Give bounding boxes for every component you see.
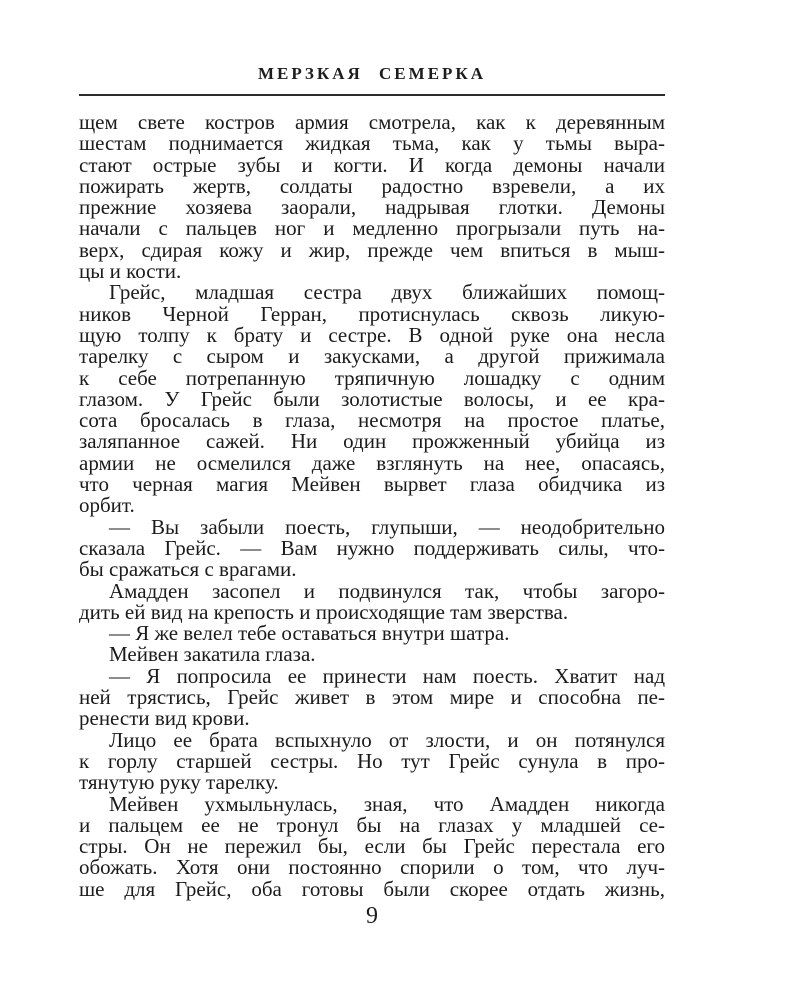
text-line: — Вы забыли поесть, глупыши, — неодобрит… — [79, 517, 665, 538]
text-line: глазом. У Грейс были золотистые волосы, … — [79, 389, 665, 410]
text-line: орбит. — [79, 495, 665, 516]
paragraph: — Вы забыли поесть, глупыши, — неодобрит… — [79, 517, 665, 581]
paragraph: Амадден засопел и подвинулся так, чтобы … — [79, 581, 665, 624]
text-line: стают острые зубы и когти. И когда демон… — [79, 155, 665, 176]
paragraph: Грейс, младшая сестра двух ближайших пом… — [79, 282, 665, 516]
text-line: что черная магия Мейвен вырвет глаза оби… — [79, 474, 665, 495]
text-line: к горлу старшей сестры. Но тут Грейс сун… — [79, 751, 665, 772]
text-line: Грейс, младшая сестра двух ближайших пом… — [79, 282, 665, 303]
paragraph: — Я попросила ее принести нам поесть. Хв… — [79, 666, 665, 730]
text-line: щую толпу к брату и сестре. В одной руке… — [79, 325, 665, 346]
book-page: МЕРЗКАЯ СЕМЕРКА щем свете костров армия … — [0, 0, 800, 1000]
text-line: сота бросалась в глаза, несмотря на прос… — [79, 410, 665, 431]
text-line: начали с пальцев ног и медленно прогрыза… — [79, 218, 665, 239]
paragraph: щем свете костров армия смотрела, как к … — [79, 112, 665, 282]
text-line: ников Черной Герран, протиснулась сквозь… — [79, 304, 665, 325]
text-line: заляпанное сажей. Ни один прожженный уби… — [79, 431, 665, 452]
text-line: обожать. Хотя они постоянно спорили о то… — [79, 857, 665, 878]
text-line: — Я попросила ее принести нам поесть. Хв… — [79, 666, 665, 687]
text-line: и пальцем ее не тронул бы на глазах у мл… — [79, 815, 665, 836]
paragraph: Мейвен закатила глаза. — [79, 644, 665, 665]
paragraph: Лицо ее брата вспыхнуло от злости, и он … — [79, 730, 665, 794]
text-line: к себе потрепанную тряпичную лошадку с о… — [79, 368, 665, 389]
text-line: ней трястись, Грейс живет в этом мире и … — [79, 687, 665, 708]
text-block: щем свете костров армия смотрела, как к … — [79, 112, 665, 900]
text-line: стры. Он не пережил бы, если бы Грейс пе… — [79, 836, 665, 857]
text-line: пожирать жертв, солдаты радостно взревел… — [79, 176, 665, 197]
header-rule — [79, 94, 665, 96]
text-line: щем свете костров армия смотрела, как к … — [79, 112, 665, 133]
text-line: ше для Грейс, оба готовы были скорее отд… — [79, 879, 665, 900]
text-line: ренести вид крови. — [79, 708, 665, 729]
text-line: армии не осмелился даже взглянуть на нее… — [79, 453, 665, 474]
text-line: верх, сдирая кожу и жир, прежде чем впит… — [79, 240, 665, 261]
text-line: Лицо ее брата вспыхнуло от злости, и он … — [79, 730, 665, 751]
text-line: сказала Грейс. — Вам нужно поддерживать … — [79, 538, 665, 559]
running-header: МЕРЗКАЯ СЕМЕРКА — [79, 64, 665, 84]
text-line: цы и кости. — [79, 261, 665, 282]
text-line: бы сражаться с врагами. — [79, 559, 665, 580]
text-line: Амадден засопел и подвинулся так, чтобы … — [79, 581, 665, 602]
text-line: прежние хозяева заорали, надрывая глотки… — [79, 197, 665, 218]
text-line: Мейвен ухмыльнулась, зная, что Амадден н… — [79, 794, 665, 815]
text-line: шестам поднимается жидкая тьма, как у ть… — [79, 133, 665, 154]
text-line: Мейвен закатила глаза. — [79, 644, 665, 665]
text-line: дить ей вид на крепость и происходящие т… — [79, 602, 665, 623]
page-number: 9 — [79, 903, 665, 930]
paragraph: — Я же велел тебе оставаться внутри шатр… — [79, 623, 665, 644]
text-line: — Я же велел тебе оставаться внутри шатр… — [79, 623, 665, 644]
text-line: тарелку с сыром и закусками, а другой пр… — [79, 346, 665, 367]
paragraph: Мейвен ухмыльнулась, зная, что Амадден н… — [79, 794, 665, 900]
text-line: тянутую руку тарелку. — [79, 772, 665, 793]
